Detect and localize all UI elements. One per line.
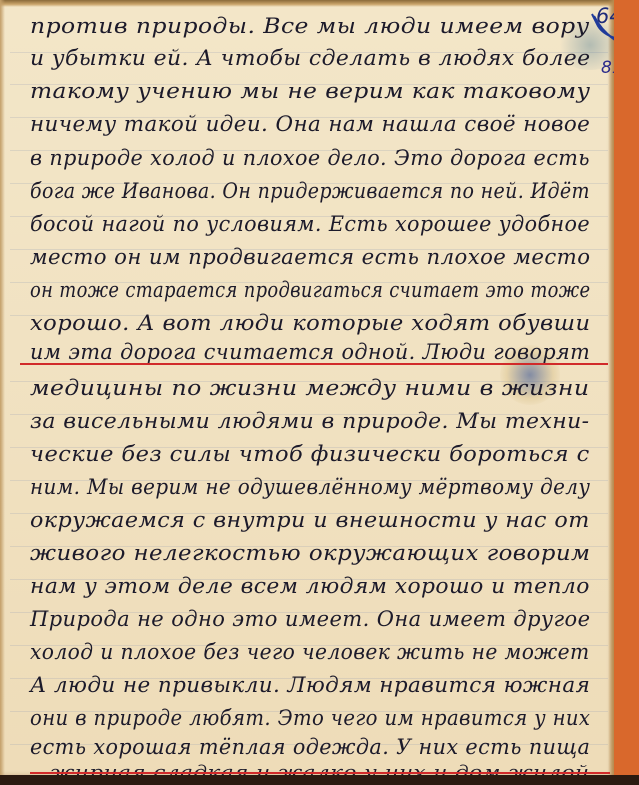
text-line: такому учению мы не верим как таковому [30, 79, 591, 103]
binding-bottom [0, 775, 639, 785]
text-line: босой нагой по условиям. Есть хорошее уд… [30, 212, 590, 236]
text-line: есть хорошая тёплая одежда. У них есть п… [30, 735, 590, 759]
text-line: холод и плохое без чего человек жить не … [30, 640, 590, 664]
text-line: хорошо. А вот люди которые ходят обувши [30, 311, 590, 335]
text-line: за висельными людями в природе. Мы техни… [30, 409, 589, 433]
text-line: и убытки ей. А чтобы сделать в людях бол… [30, 46, 590, 70]
text-line: живого нелегкостью окружающих говорим [30, 541, 590, 565]
text-line: Природа не одно это имеет. Она имеет дру… [30, 607, 590, 631]
red-bottom-rule [30, 772, 610, 774]
notebook-page: 64 81 против природы. Все мы люди имеем … [0, 0, 614, 775]
text-line: А люди не привыкли. Людям нравится южная [30, 673, 590, 697]
page-left-edge [0, 0, 5, 775]
text-line: они в природе любят. Это чего им нравитс… [30, 706, 590, 730]
text-line: ческие без силы чтоб физически бороться … [30, 442, 590, 466]
red-margin-rule [20, 363, 608, 365]
text-line: ничему такой идеи. Она нам нашла своё но… [30, 112, 590, 136]
page-right-edge [608, 0, 614, 775]
page-number: 64 [596, 4, 614, 28]
archive-page-number: 81 [601, 58, 614, 78]
page-top-edge [0, 0, 614, 7]
text-line: окружаемся с внутри и внешности у нас от [30, 508, 590, 532]
text-line: он тоже старается продвигаться считает э… [30, 278, 590, 302]
text-line: ним. Мы верим не одушевлённому мёртвому … [30, 475, 590, 499]
text-line: место он им продвигается есть плохое мес… [30, 245, 590, 269]
text-line: бога же Иванова. Он придерживается по не… [30, 179, 590, 203]
text-line: нам у этом деле всем людям хорошо и тепл… [30, 574, 590, 598]
text-line: им эта дорога считается одной. Люди гово… [30, 340, 590, 364]
text-line: против природы. Все мы люди имеем вору [30, 14, 590, 38]
text-line: медицины по жизни между ними в жизни [30, 376, 589, 400]
text-line: в природе холод и плохое дело. Это дорог… [30, 146, 590, 170]
